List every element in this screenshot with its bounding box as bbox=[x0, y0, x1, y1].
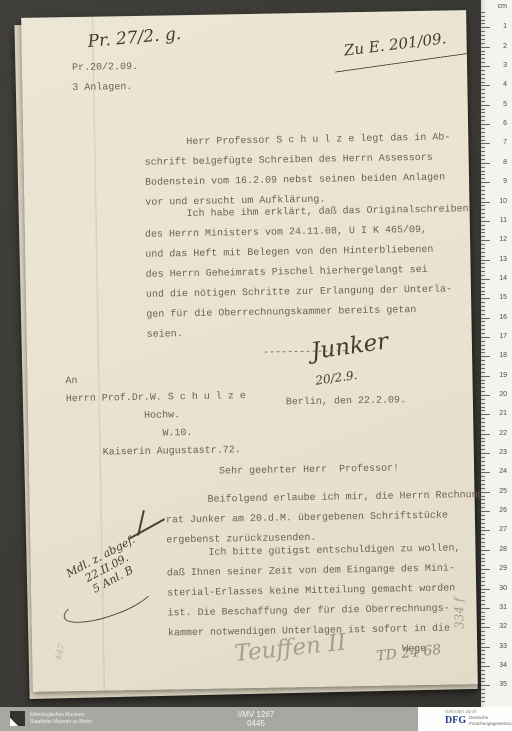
salutation: Sehr geehrter Herr Professor! bbox=[219, 459, 399, 482]
ruler: cm 1234567891011121314151617181920212223… bbox=[481, 0, 512, 707]
funding-label: Gefördert durch bbox=[445, 709, 477, 714]
reference-block: Pr.20/2.09.3 Anlagen. bbox=[72, 58, 139, 99]
divider-dashes: -------------- bbox=[263, 342, 347, 363]
corner-number: 447 bbox=[54, 643, 68, 662]
footer-bar: Ethnologisches Museum Staatliche Museen … bbox=[0, 707, 512, 731]
funder-block: Gefördert durch DFG Deutsche Forschungsg… bbox=[418, 707, 512, 731]
address-block: AnHerrn Prof.Dr.W. S c h u l z e Hochw. … bbox=[65, 370, 247, 463]
letter-page: Pr. 27/2. g. Pr.20/2.09.3 Anlagen. Zu E.… bbox=[21, 10, 478, 692]
scanned-document-view: Pr. 27/2. g. Pr.20/2.09.3 Anlagen. Zu E.… bbox=[0, 0, 512, 731]
signature-junker-date: 20/2.9. bbox=[315, 368, 359, 388]
dfg-logo: DFG bbox=[445, 715, 466, 726]
side-number-vertical: 334 f bbox=[452, 598, 467, 629]
ruler-unit-label: cm bbox=[498, 3, 507, 10]
funder-name-line2: Forschungsgemeinschaft bbox=[469, 721, 512, 727]
handwritten-check-mark bbox=[130, 508, 165, 545]
handwritten-ref-top-left: Pr. 27/2. g. bbox=[87, 24, 182, 52]
dateline: Berlin, den 22.2.09. bbox=[286, 391, 406, 413]
